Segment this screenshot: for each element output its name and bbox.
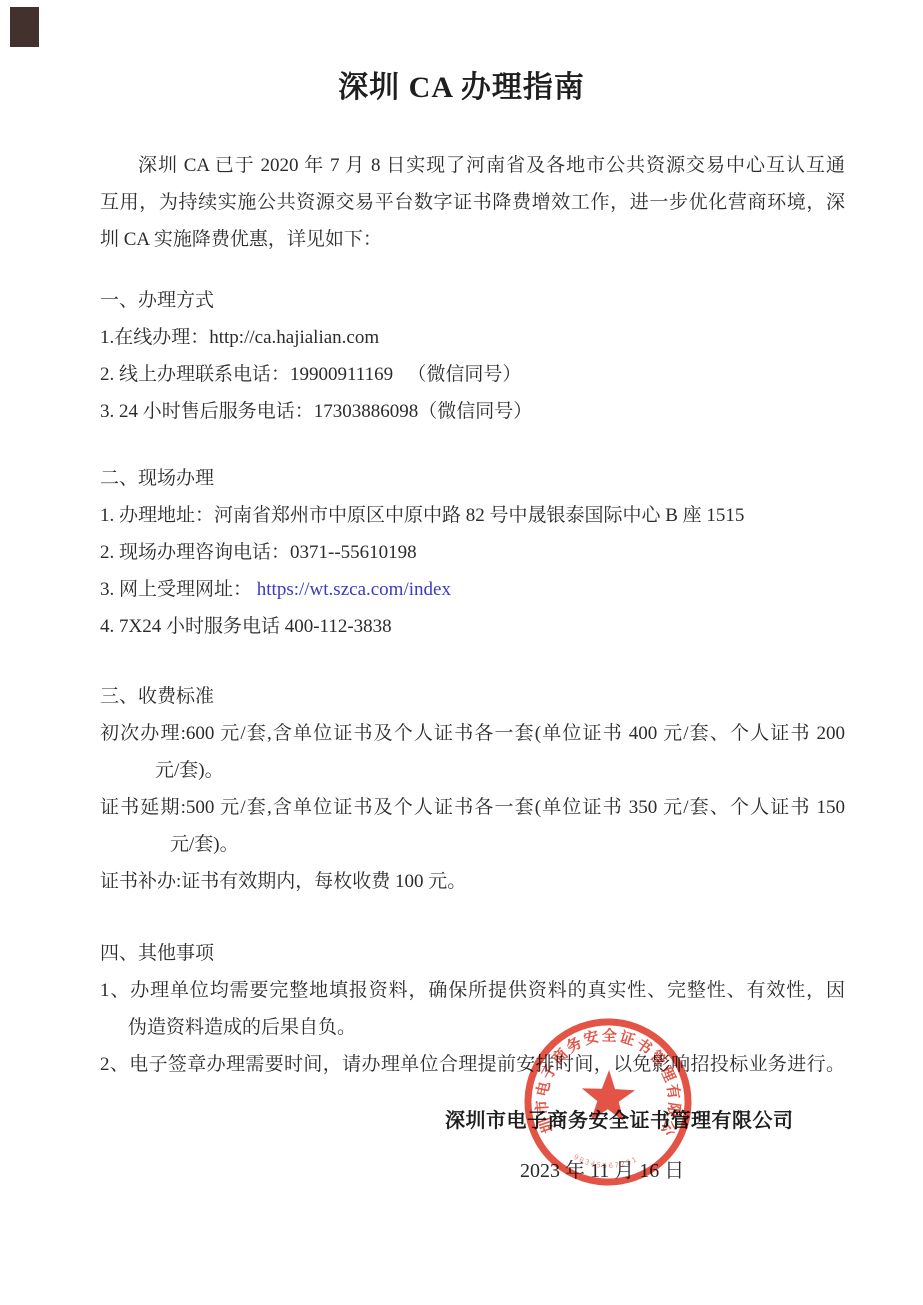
scan-corner-artifact — [10, 7, 39, 47]
section-heading: 二、现场办理 — [100, 460, 845, 497]
document-body: 深圳 CA 已于 2020 年 7 月 8 日实现了河南省及各地市公共资源交易中… — [0, 108, 923, 1185]
list-item: 3. 网上受理网址： https://wt.szca.com/index — [100, 571, 845, 608]
star-icon — [581, 1069, 636, 1121]
section-heading: 三、收费标准 — [100, 678, 845, 715]
section-processing-methods: 一、办理方式 1.在线办理：http://ca.hajialian.com 2.… — [100, 282, 845, 430]
section-onsite-processing: 二、现场办理 1. 办理地址：河南省郑州市中原区中原中路 82 号中晟银泰国际中… — [100, 460, 845, 645]
list-item-label: 3. 网上受理网址： — [100, 579, 257, 600]
section-fee-standards: 三、收费标准 初次办理:600 元/套,含单位证书及个人证书各一套(单位证书 4… — [100, 678, 845, 900]
fee-line-continuation: 元/套)。 — [100, 752, 845, 789]
section-heading: 一、办理方式 — [100, 282, 845, 319]
intro-line: 深圳 CA 已于 2020 年 7 月 8 日实现了河南省及各地市公共资源交易中… — [100, 147, 845, 184]
fee-line-replacement: 证书补办:证书有效期内，每枚收费 100 元。 — [100, 863, 845, 900]
list-item: 1.在线办理：http://ca.hajialian.com — [100, 319, 845, 356]
acceptance-url-link[interactable]: https://wt.szca.com/index — [257, 579, 451, 600]
intro-line: 圳 CA 实施降费优惠，详见如下： — [100, 221, 845, 258]
section-other-matters: 四、其他事项 1、办理单位均需要完整地填报资料，确保所提供资料的真实性、完整性、… — [100, 935, 845, 1083]
note-line: 2、电子签章办理需要时间，请办理单位合理提前安排时间，以免影响招投标业务进行。 — [100, 1046, 845, 1083]
seal-graphic: 深圳市电子商务安全证书管理有限公司 90345567221 — [505, 999, 712, 1206]
fee-line-continuation: 元/套)。 — [100, 826, 845, 863]
seal-serial-number: 90345567221 — [572, 1153, 640, 1171]
fee-line-renewal: 证书延期:500 元/套,含单位证书及个人证书各一套(单位证书 350 元/套、… — [100, 789, 845, 826]
note-line: 1、办理单位均需要完整地填报资料，确保所提供资料的真实性、完整性、有效性，因 — [100, 972, 845, 1009]
company-seal: 深圳市电子商务安全证书管理有限公司 90345567221 — [505, 999, 712, 1206]
intro-paragraph: 深圳 CA 已于 2020 年 7 月 8 日实现了河南省及各地市公共资源交易中… — [100, 147, 845, 258]
list-item: 2. 现场办理咨询电话：0371--55610198 — [100, 534, 845, 571]
intro-line: 互用，为持续实施公共资源交易平台数字证书降费增效工作，进一步优化营商环境，深 — [100, 184, 845, 221]
list-item: 2. 线上办理联系电话：19900911169 （微信同号） — [100, 356, 845, 393]
title-block: 深圳 CA 办理指南 — [0, 0, 923, 108]
fee-line-first-time: 初次办理:600 元/套,含单位证书及个人证书各一套(单位证书 400 元/套、… — [100, 715, 845, 752]
note-line-continuation: 伪造资料造成的后果自负。 — [100, 1009, 845, 1046]
list-item: 3. 24 小时售后服务电话：17303886098（微信同号） — [100, 393, 845, 430]
section-heading: 四、其他事项 — [100, 935, 845, 972]
list-item: 1. 办理地址：河南省郑州市中原区中原中路 82 号中晟银泰国际中心 B 座 1… — [100, 497, 845, 534]
document-page: 深圳 CA 办理指南 深圳 CA 已于 2020 年 7 月 8 日实现了河南省… — [0, 0, 923, 1305]
list-item: 4. 7X24 小时服务电话 400-112-3838 — [100, 608, 845, 645]
page-title: 深圳 CA 办理指南 — [0, 68, 923, 108]
